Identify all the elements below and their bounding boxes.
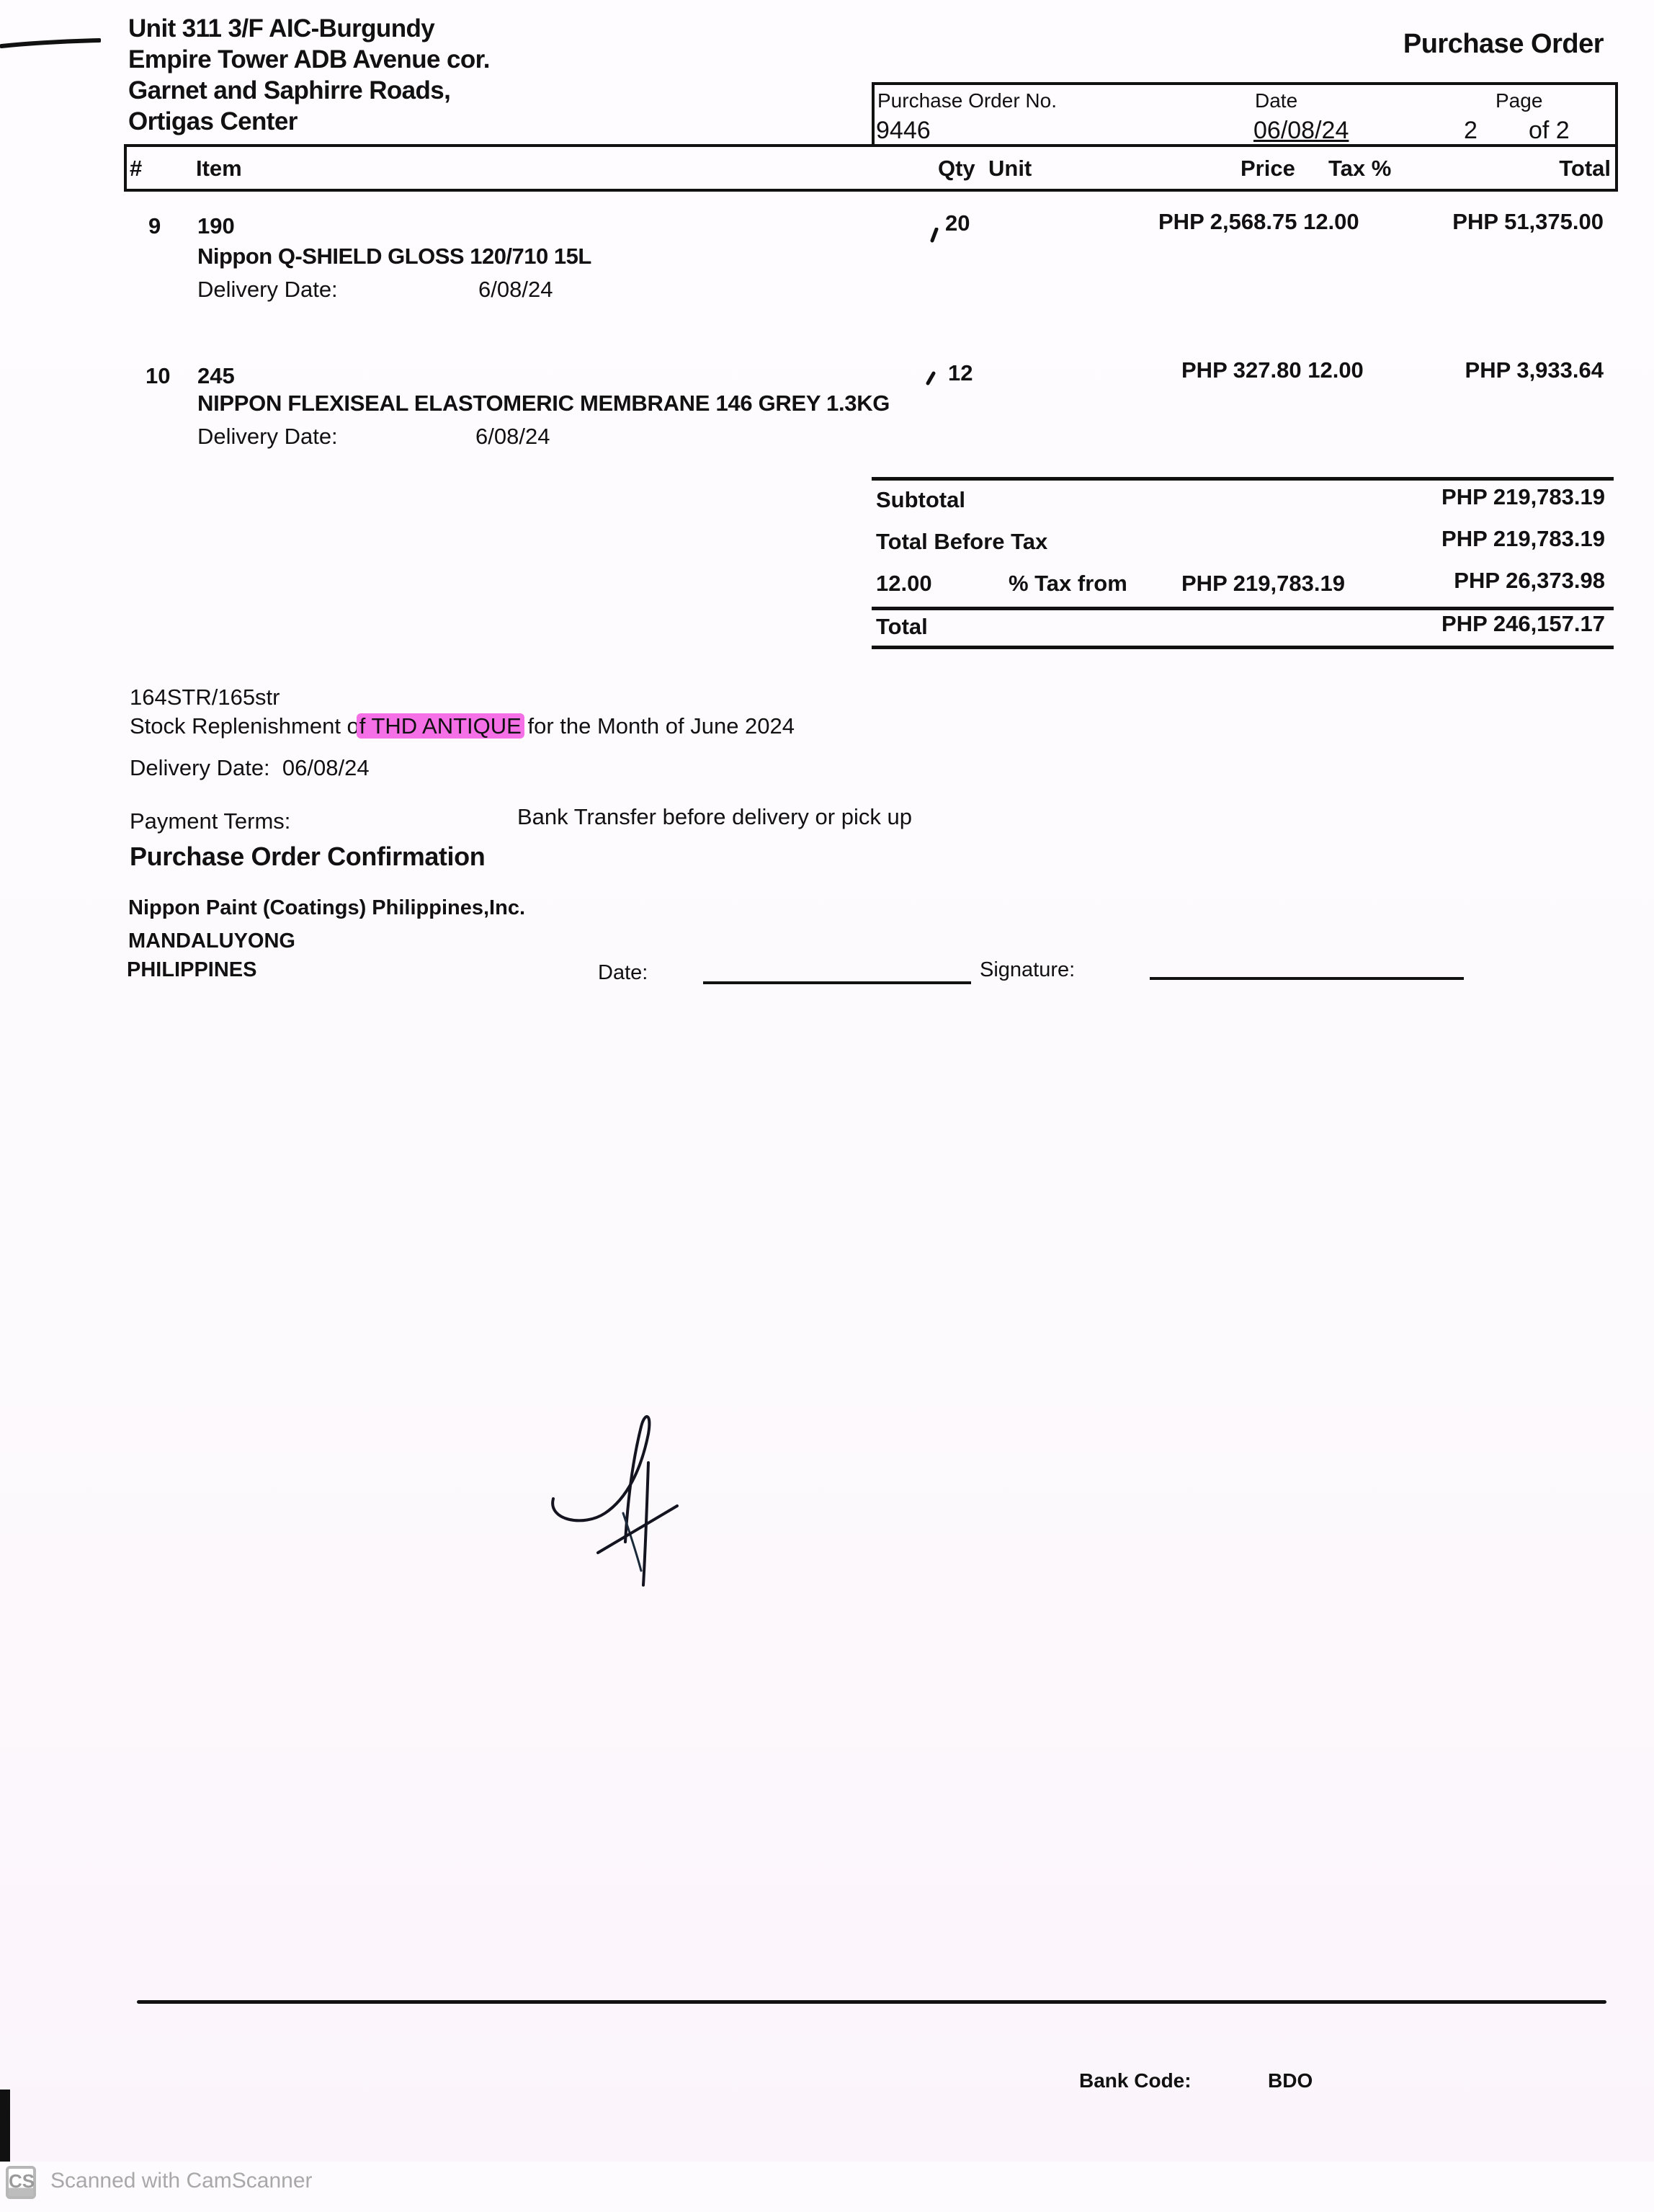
po-number-label: Purchase Order No. [877, 89, 1057, 112]
sign-date-label: Date: [598, 961, 648, 985]
delivery-date: 6/08/24 [475, 424, 550, 450]
item-qty: 12 [948, 360, 973, 386]
item-total: PHP 51,375.00 [1452, 209, 1604, 235]
scanned-page [0, 0, 1654, 2162]
total-value: PHP 246,157.17 [1441, 611, 1605, 637]
tick-mark-icon [925, 370, 936, 386]
bank-code: BDO [1268, 2069, 1313, 2092]
confirmation-heading: Purchase Order Confirmation [130, 842, 485, 872]
po-date: 06/08/24 [1253, 117, 1349, 145]
pen-stroke-mark [0, 36, 101, 49]
col-item: Item [196, 156, 242, 182]
total-label: Total [876, 614, 928, 640]
col-total: Total [1559, 156, 1611, 182]
item-code: 245 [197, 363, 235, 389]
col-price: Price [1240, 156, 1295, 182]
page-current: 2 [1464, 117, 1478, 145]
tax-from-label: % Tax from [1009, 571, 1127, 597]
scan-edge-mark [0, 2090, 10, 2162]
col-num: # [130, 156, 142, 182]
replenishment-suffix: for the Month of June 2024 [522, 713, 795, 739]
address-line: Ortigas Center [128, 106, 490, 137]
document-title: Purchase Order [1403, 29, 1604, 60]
item-price-tax: PHP 2,568.75 12.00 [1158, 209, 1359, 235]
handwritten-signature [547, 1405, 692, 1592]
payment-terms: Bank Transfer before delivery or pick up [517, 804, 912, 830]
item-description: NIPPON FLEXISEAL ELASTOMERIC MEMBRANE 14… [197, 391, 890, 416]
divider [872, 477, 1614, 481]
item-code: 190 [197, 213, 235, 239]
tax-base: PHP 219,783.19 [1181, 571, 1345, 597]
payment-terms-label: Payment Terms: [130, 808, 290, 834]
before-tax-value: PHP 219,783.19 [1441, 526, 1605, 552]
col-unit: Unit [988, 156, 1032, 182]
item-qty: 20 [945, 210, 970, 236]
tax-amount: PHP 26,373.98 [1454, 568, 1605, 594]
vendor-name: Nippon Paint (Coatings) Philippines,Inc. [128, 896, 525, 920]
row-number: 9 [148, 213, 161, 239]
delivery-date-value: 06/08/24 [282, 755, 370, 780]
page-label: Page [1496, 89, 1542, 112]
replenishment-prefix: Stock Replenishment o [130, 713, 359, 739]
address-line: Empire Tower ADB Avenue cor. [128, 44, 490, 75]
po-info-box: Purchase Order No. 9446 Date 06/08/24 Pa… [872, 82, 1618, 147]
company-address: Unit 311 3/F AIC-Burgundy Empire Tower A… [128, 13, 490, 137]
divider [872, 607, 1614, 610]
delivery-label-text: Delivery Date: [130, 755, 270, 780]
col-tax: Tax % [1328, 156, 1391, 182]
po-number: 9446 [876, 117, 931, 145]
vendor-country: PHILIPPINES [127, 958, 257, 982]
before-tax-label: Total Before Tax [876, 529, 1047, 555]
vendor-city: MANDALUYONG [128, 929, 295, 953]
row-number: 10 [146, 363, 170, 389]
subtotal-value: PHP 219,783.19 [1441, 484, 1605, 510]
tick-mark-icon [929, 228, 939, 244]
date-label: Date [1255, 89, 1297, 112]
camscanner-watermark: Scanned with CamScanner [50, 2169, 313, 2193]
subtotal-label: Subtotal [876, 487, 965, 513]
reference-code: 164STR/165str [130, 684, 280, 710]
item-price-tax: PHP 327.80 12.00 [1181, 357, 1364, 383]
delivery-date-label: Delivery Date: [197, 424, 338, 450]
signature-line-field[interactable] [1150, 977, 1464, 980]
delivery-date-label: Delivery Date: 06/08/24 [130, 755, 370, 781]
camscanner-logo-icon: CS [6, 2166, 36, 2199]
col-qty: Qty [938, 156, 975, 182]
highlighted-store-name: f THD ANTIQUE [357, 713, 524, 739]
page-total: of 2 [1529, 117, 1570, 145]
date-line-field[interactable] [703, 981, 971, 984]
delivery-date: 6/08/24 [478, 277, 553, 303]
tax-rate: 12.00 [876, 571, 932, 597]
delivery-date-label: Delivery Date: [197, 277, 338, 303]
item-total: PHP 3,933.64 [1465, 357, 1604, 383]
replenishment-note: Stock Replenishment of THD ANTIQUE for t… [130, 713, 795, 739]
item-description: Nippon Q-SHIELD GLOSS 120/710 15L [197, 244, 591, 269]
signature-label: Signature: [980, 958, 1075, 982]
footer-divider [137, 2000, 1606, 2004]
address-line: Garnet and Saphirre Roads, [128, 75, 490, 106]
address-line: Unit 311 3/F AIC-Burgundy [128, 13, 490, 44]
table-header: # Item Qty Unit Price Tax % Total [124, 144, 1618, 192]
bank-code-label: Bank Code: [1079, 2069, 1192, 2092]
divider [872, 646, 1614, 649]
